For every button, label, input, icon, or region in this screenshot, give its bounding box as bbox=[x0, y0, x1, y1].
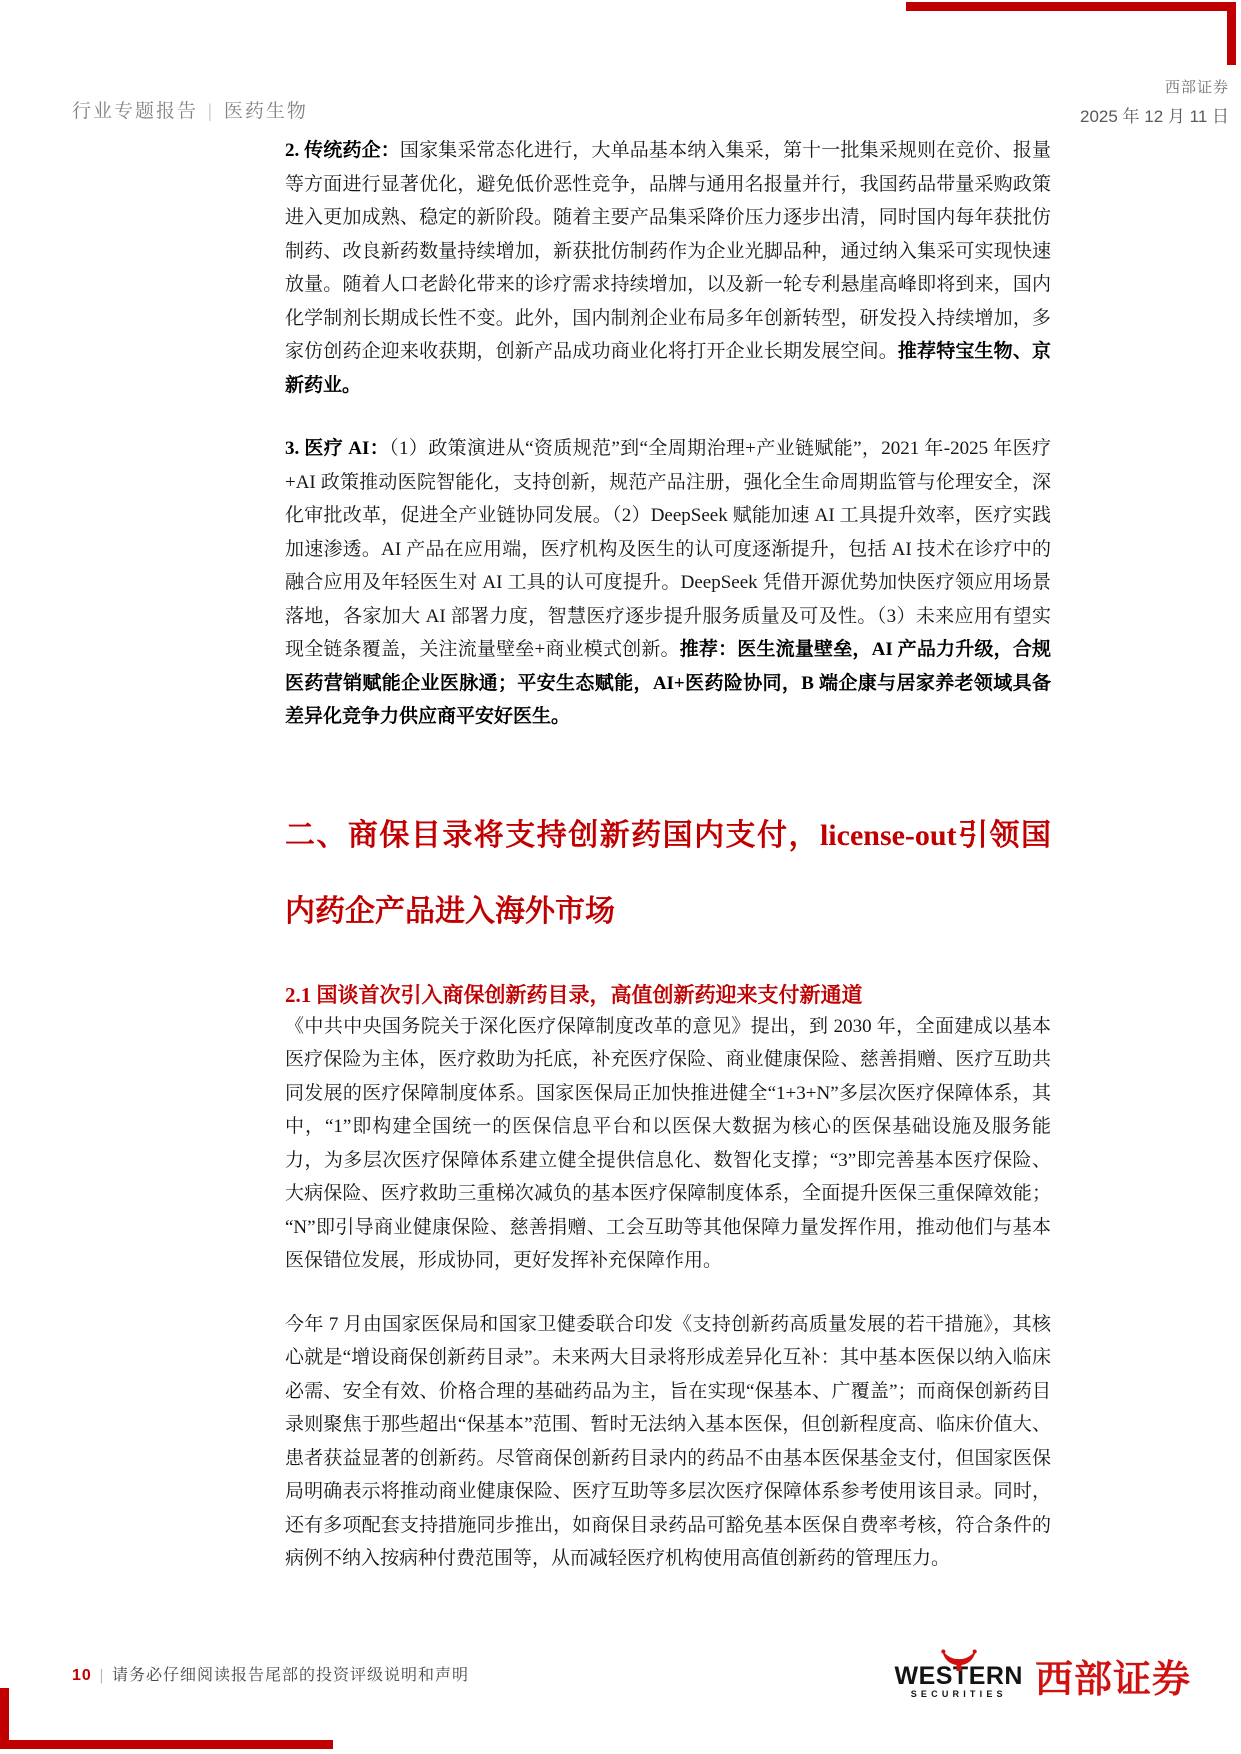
paragraph-medical-ai: 3. 医疗 AI：（1）政策演进从“资质规范”到“全周期治理+产业链赋能”，20… bbox=[285, 432, 1051, 734]
content-column: 2. 传统药企：国家集采常态化进行，大单品基本纳入集采，第十一批集采规则在竞价、… bbox=[285, 134, 1051, 1606]
paragraph-insurance-system: 《中共中央国务院关于深化医疗保障制度改革的意见》提出，到 2030 年，全面建成… bbox=[285, 1010, 1051, 1278]
bottom-left-corner-bar-horizontal bbox=[0, 1740, 333, 1749]
industry-label: 医药生物 bbox=[224, 101, 308, 122]
top-right-corner-bar-horizontal bbox=[906, 2, 1236, 11]
header-brand: 西部证券 bbox=[1080, 76, 1229, 97]
paragraph-body: 国家集采常态化进行，大单品基本纳入集采，第十一批集采规则在竞价、报量等方面进行显… bbox=[285, 140, 1051, 362]
doc-type-label: 行业专题报告 bbox=[72, 101, 198, 122]
header-report-type: 行业专题报告|医药生物 bbox=[72, 96, 308, 123]
section-heading: 二、商保目录将支持创新药国内支付，license-out引领国内药企产品进入海外… bbox=[285, 798, 1051, 950]
page-number: 10 bbox=[72, 1667, 92, 1684]
disclaimer-text: 请务必仔细阅读报告尾部的投资评级说明和声明 bbox=[112, 1667, 469, 1684]
sub-section-heading: 2.1 国谈首次引入商保创新药目录，高值创新药迎来支付新通道 bbox=[285, 980, 1051, 1010]
paragraph-lead: 3. 医疗 AI： bbox=[285, 438, 389, 459]
logo-english-block: WESTERN SECURITIES bbox=[894, 1653, 1023, 1699]
header-divider: | bbox=[198, 101, 224, 122]
paragraph-lead: 2. 传统药企： bbox=[285, 140, 400, 161]
paragraph-body: （1）政策演进从“资质规范”到“全周期治理+产业链赋能”，2021 年-2025… bbox=[285, 438, 1051, 660]
bull-horns-icon bbox=[939, 1649, 979, 1671]
footer-disclaimer: 10|请务必仔细阅读报告尾部的投资评级说明和声明 bbox=[72, 1662, 469, 1685]
header-right: 西部证券 2025 年 12 月 11 日 bbox=[1080, 76, 1229, 127]
paragraph-traditional-pharma: 2. 传统药企：国家集采常态化进行，大单品基本纳入集采，第十一批集采规则在竞价、… bbox=[285, 134, 1051, 402]
report-page: 行业专题报告|医药生物 西部证券 2025 年 12 月 11 日 2. 传统药… bbox=[0, 0, 1241, 1754]
paragraph-commercial-insurance-catalog: 今年 7 月由国家医保局和国家卫健委联合印发《支持创新药高质量发展的若干措施》，… bbox=[285, 1308, 1051, 1576]
logo-chinese-text: 西部证券 bbox=[1035, 1648, 1191, 1703]
top-right-corner-bar-vertical bbox=[1227, 2, 1236, 65]
footer-divider: | bbox=[92, 1667, 112, 1684]
report-date: 2025 年 12 月 11 日 bbox=[1080, 102, 1229, 127]
logo-securities-text: SECURITIES bbox=[894, 1689, 1023, 1699]
western-securities-logo: WESTERN SECURITIES 西部证券 bbox=[894, 1648, 1191, 1703]
